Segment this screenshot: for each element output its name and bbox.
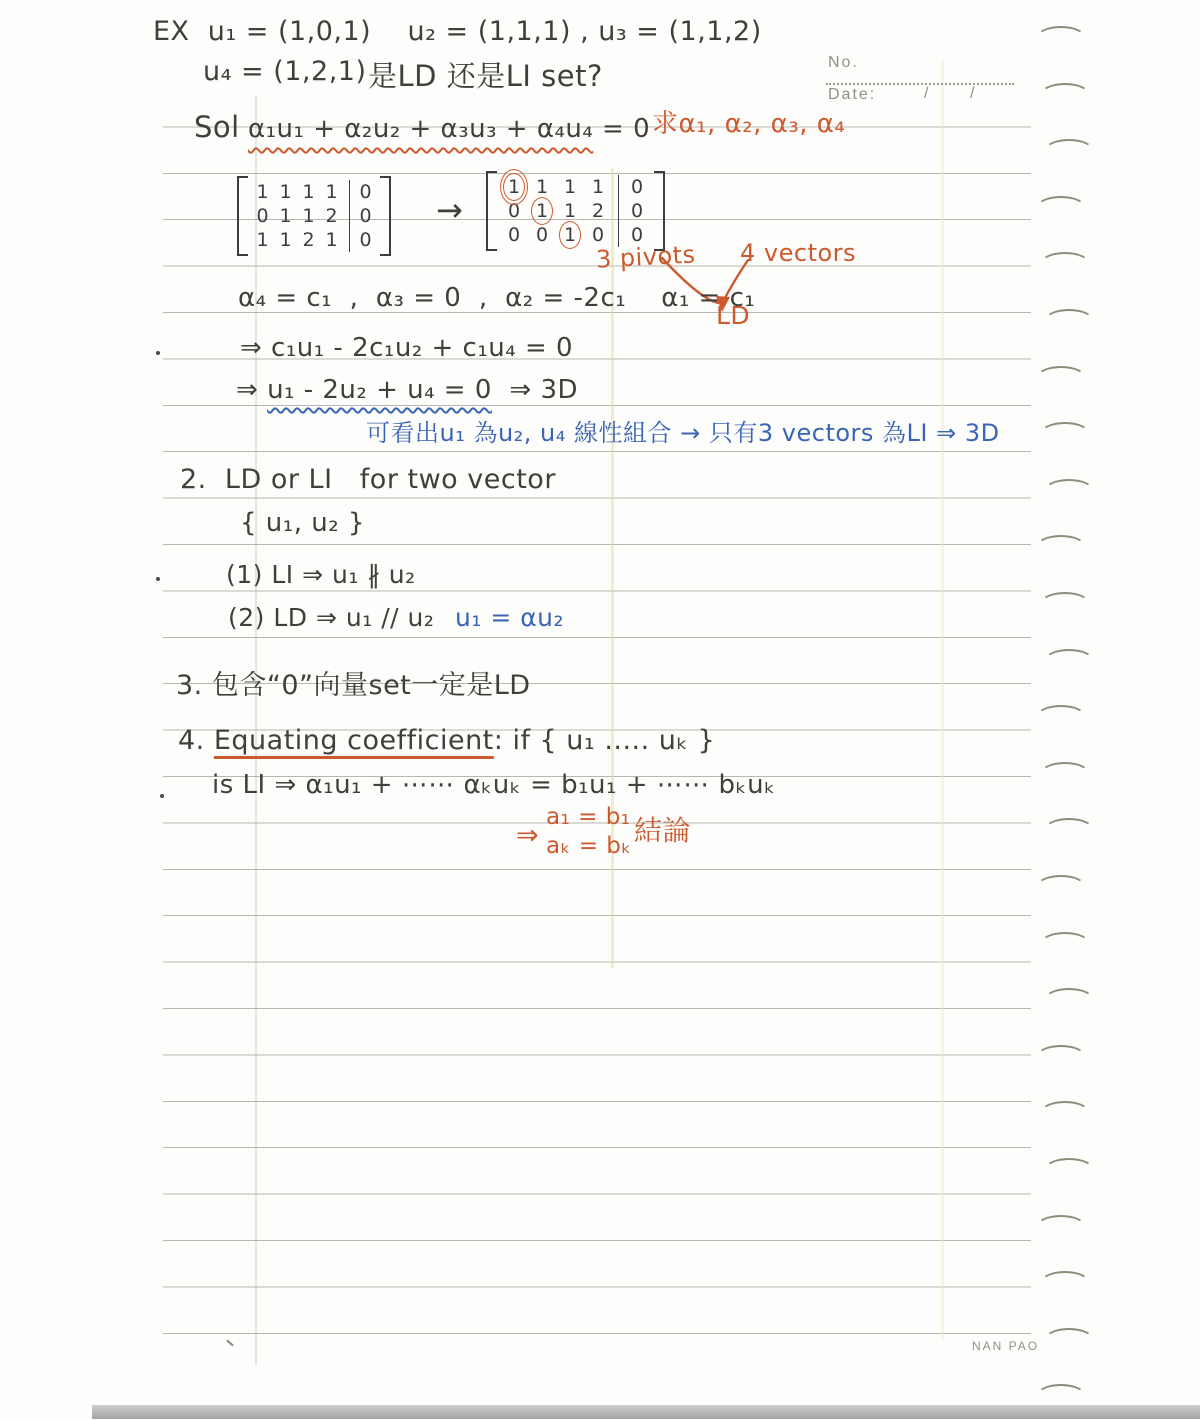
implies-prefix: ⇒	[236, 375, 267, 405]
binding-arc	[1040, 932, 1090, 956]
matrix-cell: 1	[297, 205, 320, 227]
conclusion-line1: a₁ = b₁	[546, 804, 631, 830]
example-vectors-line1: EX u₁ = (1,0,1) u₂ = (1,1,1) , u₃ = (1,1…	[153, 16, 762, 47]
binding-arc	[1036, 26, 1086, 50]
item4-title-rest: : if { u₁ ..... uₖ }	[494, 725, 715, 756]
item4-title-underlined: Equating coefficient	[214, 725, 494, 756]
augmented-divider	[349, 180, 350, 204]
augmented-divider	[349, 228, 350, 252]
augmented-matrix-original: 111100112011210	[237, 176, 391, 256]
binding-arc	[1036, 535, 1086, 559]
find-alphas-note: 求α₁, α₂, α₃, α₄	[652, 110, 845, 140]
matrix-cell: 0	[623, 176, 651, 198]
matrix-cell: 0	[251, 205, 274, 227]
example-vector-u4: u₄ = (1,2,1)	[203, 56, 367, 87]
binding-arc	[1036, 875, 1086, 899]
binding-arc	[1044, 988, 1094, 1012]
dependency-equation: u₁ - 2u₂ + u₄ = 0	[267, 375, 492, 405]
binding-arc	[1040, 1101, 1090, 1125]
matrix-cell: 0	[584, 224, 612, 246]
matrix-cell: 1	[251, 181, 274, 203]
matrix-cell: 1	[528, 176, 556, 198]
binding-arc	[1036, 366, 1086, 390]
item2-title: 2. LD or LI for two vector	[180, 464, 556, 495]
augmented-divider	[349, 204, 350, 228]
matrix-cell: 0	[500, 224, 528, 246]
paper-fold-line-2	[941, 60, 944, 1340]
dimension-conclusion: ⇒ 3D	[492, 375, 578, 405]
matrix-cell: 1	[274, 229, 297, 251]
conclusion-label: 結論	[634, 815, 691, 847]
matrix-cell: 1	[320, 229, 343, 251]
binding-arc	[1044, 139, 1094, 163]
binding-arc	[1040, 83, 1090, 107]
binding-arc	[1044, 649, 1094, 673]
binding-arc	[1044, 1328, 1094, 1352]
matrix-cell: 1	[500, 176, 528, 198]
binding-arc	[1044, 818, 1094, 842]
simplified-line: ⇒ u₁ - 2u₂ + u₄ = 0 ⇒ 3D	[236, 376, 578, 406]
matrix-cell: 1	[251, 229, 274, 251]
binding-arc	[1040, 252, 1090, 276]
pen-dot	[156, 577, 160, 581]
conclusion-stack: a₁ = b₁aₖ = bₖ	[546, 803, 632, 861]
solution-label: Sol	[194, 111, 240, 144]
binding-arc	[1040, 1271, 1090, 1295]
item4-body: is LI ⇒ α₁u₁ + ⋯⋯ αₖuₖ = b₁u₁ + ⋯⋯ bₖuₖ	[212, 771, 776, 801]
item2-case-ld-note: u₁ = αu₂	[455, 604, 564, 633]
matrix-cell: 1	[556, 224, 584, 246]
bracket-right	[654, 171, 665, 251]
matrix-cell: 2	[320, 205, 343, 227]
matrix-row: 01120	[500, 199, 651, 223]
bracket-right	[380, 176, 391, 256]
matrix-row: 01120	[251, 204, 377, 228]
spiral-binding	[1036, 26, 1106, 1411]
binding-arc	[1036, 1045, 1086, 1069]
item4-title: 4. Equating coefficient: if { u₁ ..... u…	[178, 725, 715, 756]
matrix-cell: 1	[584, 176, 612, 198]
item4-number: 4.	[178, 725, 214, 756]
bracket-left	[486, 171, 497, 251]
pen-dot	[156, 351, 160, 355]
substitution-line: ⇒ c₁u₁ - 2c₁u₂ + c₁u₄ = 0	[240, 334, 573, 364]
binding-arc	[1036, 705, 1086, 729]
binding-arc	[1040, 422, 1090, 446]
item3-zero-vector-rule: 3. 包含“0”向量set一定是LD	[176, 670, 531, 701]
matrix-cell: 1	[320, 181, 343, 203]
item2-case-ld: (2) LD ⇒ u₁ // u₂	[228, 604, 434, 633]
matrix-cell: 1	[297, 181, 320, 203]
no-dotted-line	[826, 83, 1014, 85]
augmented-divider	[618, 175, 619, 199]
pen-tick	[226, 1340, 233, 1347]
item2-case-li: (1) LI ⇒ u₁ ∦ u₂	[226, 561, 416, 590]
pen-dot	[160, 794, 164, 798]
matrix-cell: 1	[274, 205, 297, 227]
augmented-matrix-reduced: 111100112000100	[486, 171, 665, 251]
matrix-body: 111100112011210	[251, 176, 377, 256]
matrix-row: 11210	[251, 228, 377, 252]
equation-underlined: α₁u₁ + α₂u₂ + α₃u₃ + α₄u₄	[248, 114, 593, 144]
row-reduce-arrow: →	[436, 192, 463, 229]
binding-arc	[1044, 309, 1094, 333]
matrix-cell: 1	[528, 200, 556, 222]
binding-arc	[1040, 592, 1090, 616]
matrix-body: 111100112000100	[500, 171, 651, 251]
equation-equals-zero: = 0	[593, 114, 650, 144]
conclusion-line2: aₖ = bₖ	[546, 833, 632, 859]
date-label: Date:	[828, 86, 876, 104]
scan-edge-shadow	[92, 1405, 1200, 1419]
matrix-cell: 1	[556, 176, 584, 198]
binding-arc	[1040, 762, 1090, 786]
matrix-cell: 0	[623, 200, 651, 222]
binding-arc	[1036, 196, 1086, 220]
matrix-cell: 0	[528, 224, 556, 246]
alpha-solution-line: α₄ = c₁ , α₃ = 0 , α₂ = -2c₁ α₁ = c₁	[238, 284, 755, 314]
matrix-cell: 0	[354, 229, 377, 251]
binding-arc	[1044, 1158, 1094, 1182]
no-label: No.	[828, 54, 859, 72]
date-slash: /	[924, 85, 930, 103]
matrix-row: 11110	[500, 175, 651, 199]
matrix-cell: 2	[297, 229, 320, 251]
binding-arc	[1044, 479, 1094, 503]
item2-vector-set: { u₁, u₂ }	[240, 509, 365, 539]
conclusion-arrow: ⇒	[516, 820, 539, 851]
matrix-row: 11110	[251, 180, 377, 204]
binding-arc	[1036, 1215, 1086, 1239]
matrix-cell: 0	[354, 205, 377, 227]
matrix-cell: 1	[274, 181, 297, 203]
matrix-cell: 2	[584, 200, 612, 222]
date-slash: /	[970, 85, 976, 103]
brand-mark: NAN PAO	[972, 1339, 1039, 1353]
example-question: 是LD 还是LI set?	[368, 60, 603, 93]
matrix-cell: 1	[556, 200, 584, 222]
solution-equation: α₁u₁ + α₂u₂ + α₃u₃ + α₄u₄ = 0	[248, 115, 650, 145]
blue-annotation: 可看出u₁ 為u₂, u₄ 線性組合 → 只有3 vectors 為LI ⇒ 3…	[366, 420, 1000, 448]
augmented-divider	[618, 199, 619, 223]
matrix-cell: 0	[354, 181, 377, 203]
bracket-left	[237, 176, 248, 256]
